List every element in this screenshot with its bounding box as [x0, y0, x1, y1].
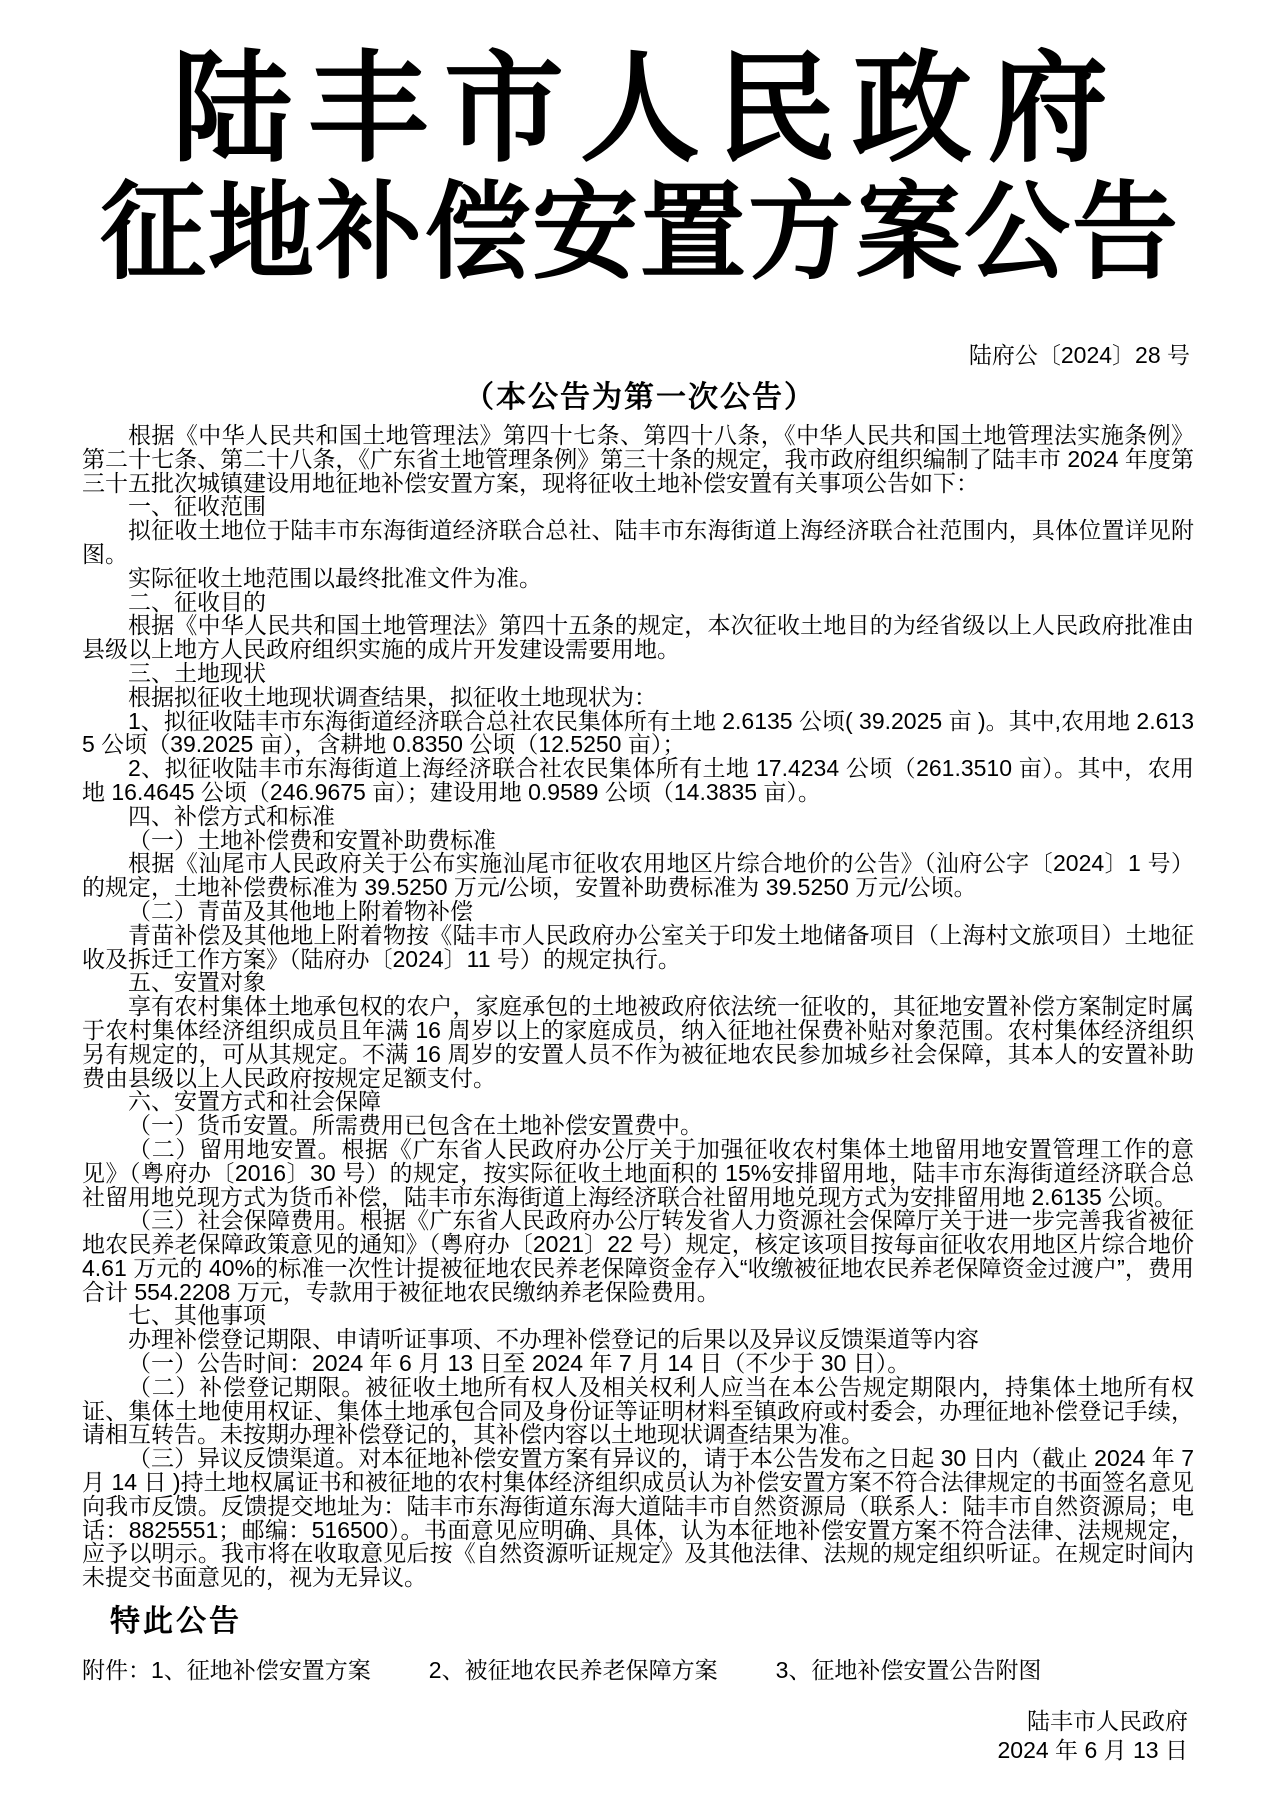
paragraph: 根据《汕尾市人民政府关于公布实施汕尾市征收农用地区片综合地价的公告》（汕府公字〔… [82, 852, 1194, 900]
sub-heading: （二）青苗及其他地上附着物补偿 [82, 900, 1194, 924]
paragraph: 根据《中华人民共和国土地管理法》第四十五条的规定，本次征收土地目的为经省级以上人… [82, 614, 1194, 662]
closing-statement: 特此公告 [110, 1603, 1280, 1641]
section-heading-5: 五、安置对象 [82, 971, 1194, 995]
announcement-round-note: （本公告为第一次公告） [0, 378, 1280, 418]
attachments-label: 附件： [82, 1655, 151, 1685]
paragraph-intro: 根据《中华人民共和国土地管理法》第四十七条、第四十八条，《中华人民共和国土地管理… [82, 424, 1194, 495]
section-heading-3: 三、土地现状 [82, 662, 1194, 686]
paragraph: 拟征收土地位于陆丰市东海街道经济联合总社、陆丰市东海街道上海经济联合社范围内，具… [82, 519, 1194, 567]
attachment-item-3: 3、征地补偿安置公告附图 [776, 1655, 1042, 1685]
attachment-item-2: 2、被征地农民养老保障方案 [429, 1655, 718, 1685]
section-heading-6: 六、安置方式和社会保障 [82, 1090, 1194, 1114]
attachments-line: 附件： 1、征地补偿安置方案 2、被征地农民养老保障方案 3、征地补偿安置公告附… [0, 1655, 1280, 1685]
section-heading-2: 二、征收目的 [82, 591, 1194, 615]
section-heading-1: 一、征收范围 [82, 495, 1194, 519]
sub-heading: （一）土地补偿费和安置补助费标准 [82, 829, 1194, 853]
section-heading-7: 七、其他事项 [82, 1304, 1194, 1328]
paragraph: （一）公告时间：2024 年 6 月 13 日至 2024 年 7 月 14 日… [82, 1352, 1194, 1376]
document-number: 陆府公〔2024〕28 号 [0, 340, 1280, 370]
announcement-document: 陆丰市人民政府 征地补偿安置方案公告 陆府公〔2024〕28 号 （本公告为第一… [0, 0, 1280, 1812]
section-heading-4: 四、补偿方式和标准 [82, 805, 1194, 829]
paragraph: 享有农村集体土地承包权的农户，家庭承包的土地被政府依法统一征收的，其征地安置补偿… [82, 995, 1194, 1090]
document-title-line2: 征地补偿安置方案公告 [0, 176, 1280, 292]
paragraph: 根据拟征收土地现状调查结果，拟征收土地现状为： [82, 686, 1194, 710]
paragraph: 实际征收土地范围以最终批准文件为准。 [82, 567, 1194, 591]
paragraph: （三）异议反馈渠道。对本征地补偿安置方案有异议的，请于本公告发布之日起 30 日… [82, 1447, 1194, 1590]
paragraph: 青苗补偿及其他地上附着物按《陆丰市人民政府办公室关于印发土地储备项目（上海村文旅… [82, 924, 1194, 972]
attachment-item-1: 1、征地补偿安置方案 [151, 1655, 371, 1685]
paragraph: （二）留用地安置。根据《广东省人民政府办公厅关于加强征收农村集体土地留用地安置管… [82, 1138, 1194, 1209]
paragraph: （一）货币安置。所需费用已包含在土地补偿安置费中。 [82, 1114, 1194, 1138]
paragraph: 2、拟征收陆丰市东海街道上海经济联合社农民集体所有土地 17.4234 公顷（2… [82, 757, 1194, 805]
document-body: 根据《中华人民共和国土地管理法》第四十七条、第四十八条，《中华人民共和国土地管理… [0, 424, 1280, 1590]
paragraph: 办理补偿登记期限、申请听证事项、不办理补偿登记的后果以及异议反馈渠道等内容 [82, 1328, 1194, 1352]
issuing-authority: 陆丰市人民政府 [0, 1707, 1188, 1736]
paragraph: （三）社会保障费用。根据《广东省人民政府办公厅转发省人力资源社会保障厅关于进一步… [82, 1209, 1194, 1304]
issue-date: 2024 年 6 月 13 日 [0, 1736, 1188, 1765]
paragraph: （二）补偿登记期限。被征收土地所有权人及相关权利人应当在本公告规定期限内，持集体… [82, 1376, 1194, 1447]
document-title-line1: 陆丰市人民政府 [0, 0, 1280, 176]
paragraph: 1、拟征收陆丰市东海街道经济联合总社农民集体所有土地 2.6135 公顷( 39… [82, 710, 1194, 758]
signature-block: 陆丰市人民政府 2024 年 6 月 13 日 [0, 1707, 1280, 1765]
